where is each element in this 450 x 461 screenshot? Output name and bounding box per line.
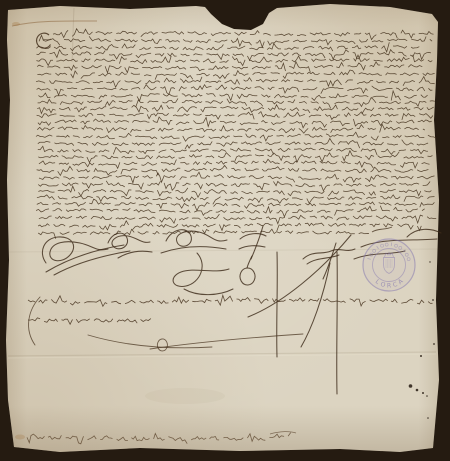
- ink-fleck: [426, 395, 428, 397]
- closing-paragraph: [28, 295, 433, 351]
- closing-flourish: [88, 335, 212, 348]
- manuscript-line: [38, 98, 435, 109]
- manuscript-line: [37, 124, 425, 133]
- manuscript-line: [37, 70, 434, 80]
- signature-flourish: [301, 263, 330, 347]
- signature-flourish: [248, 235, 351, 317]
- manuscript-line: [39, 172, 435, 183]
- photo-background: { "scene": { "description": "Photograph …: [0, 0, 450, 461]
- manuscript-line: [37, 195, 435, 204]
- ink-fleck: [420, 355, 422, 357]
- manuscript-line: [38, 181, 434, 191]
- manuscript-ink-layer: LORCA: [0, 0, 450, 461]
- closing-line: [28, 318, 151, 324]
- ink-fleck: [416, 389, 419, 392]
- manuscript-line: [37, 62, 422, 73]
- endorsement-script: [27, 433, 291, 444]
- manuscript-line: [36, 132, 436, 141]
- ink-fleck: [427, 417, 429, 419]
- manuscript-line: [38, 146, 432, 155]
- signature-flourish: [46, 245, 124, 272]
- archive-stamp: LORCA: [363, 239, 415, 291]
- signature-flourish: [277, 252, 278, 357]
- signature-flourish: [307, 255, 339, 264]
- manuscript-line: [38, 117, 432, 128]
- manuscript-line: [36, 55, 432, 66]
- manuscript-line: [38, 221, 421, 231]
- manuscript-line: [37, 85, 433, 95]
- signature-flourish: [54, 251, 130, 275]
- signature-flourish: [323, 243, 336, 279]
- ink-fleck: [422, 392, 424, 394]
- manuscript-line: [36, 206, 425, 217]
- stamp-letter: R: [387, 283, 392, 290]
- signature-flourish: [173, 253, 229, 286]
- closing-line: [28, 295, 433, 306]
- ink-fleck: [409, 384, 413, 388]
- manuscript-line: [39, 159, 433, 168]
- manuscript-body-text: [36, 29, 436, 239]
- signature-flourish: [161, 247, 226, 253]
- document-photo: LORCA: [0, 0, 450, 461]
- signature-flourish: [240, 268, 255, 285]
- signature-flourish: [251, 226, 263, 259]
- closing-flourish: [29, 297, 40, 345]
- ink-flecks: [409, 261, 435, 419]
- margin-scribble: [12, 21, 97, 26]
- signature-flourish: [240, 234, 266, 239]
- manuscript-line: [38, 138, 428, 149]
- manuscript-line: [37, 112, 433, 120]
- closing-flourish: [150, 334, 303, 349]
- manuscript-line: [38, 151, 432, 163]
- manuscript-line: [38, 91, 427, 101]
- manuscript-line: [38, 186, 431, 197]
- manuscript-line: [37, 50, 435, 61]
- signature-flourish: [239, 246, 265, 249]
- closing-flourish: [157, 339, 167, 351]
- endorsement-line: [15, 432, 296, 444]
- manuscript-line: [36, 77, 435, 88]
- signature-flourish: [407, 229, 441, 237]
- manuscript-line: [37, 105, 434, 114]
- manuscript-line: [39, 214, 436, 224]
- manuscript-line: [37, 42, 420, 52]
- manuscript-line: [37, 165, 433, 175]
- ink-fleck: [432, 299, 434, 301]
- signature-flourish: [184, 289, 233, 295]
- ink-fleck: [433, 343, 435, 345]
- ink-fleck: [429, 261, 430, 262]
- manuscript-line: [53, 29, 434, 40]
- signature-flourish: [337, 252, 338, 394]
